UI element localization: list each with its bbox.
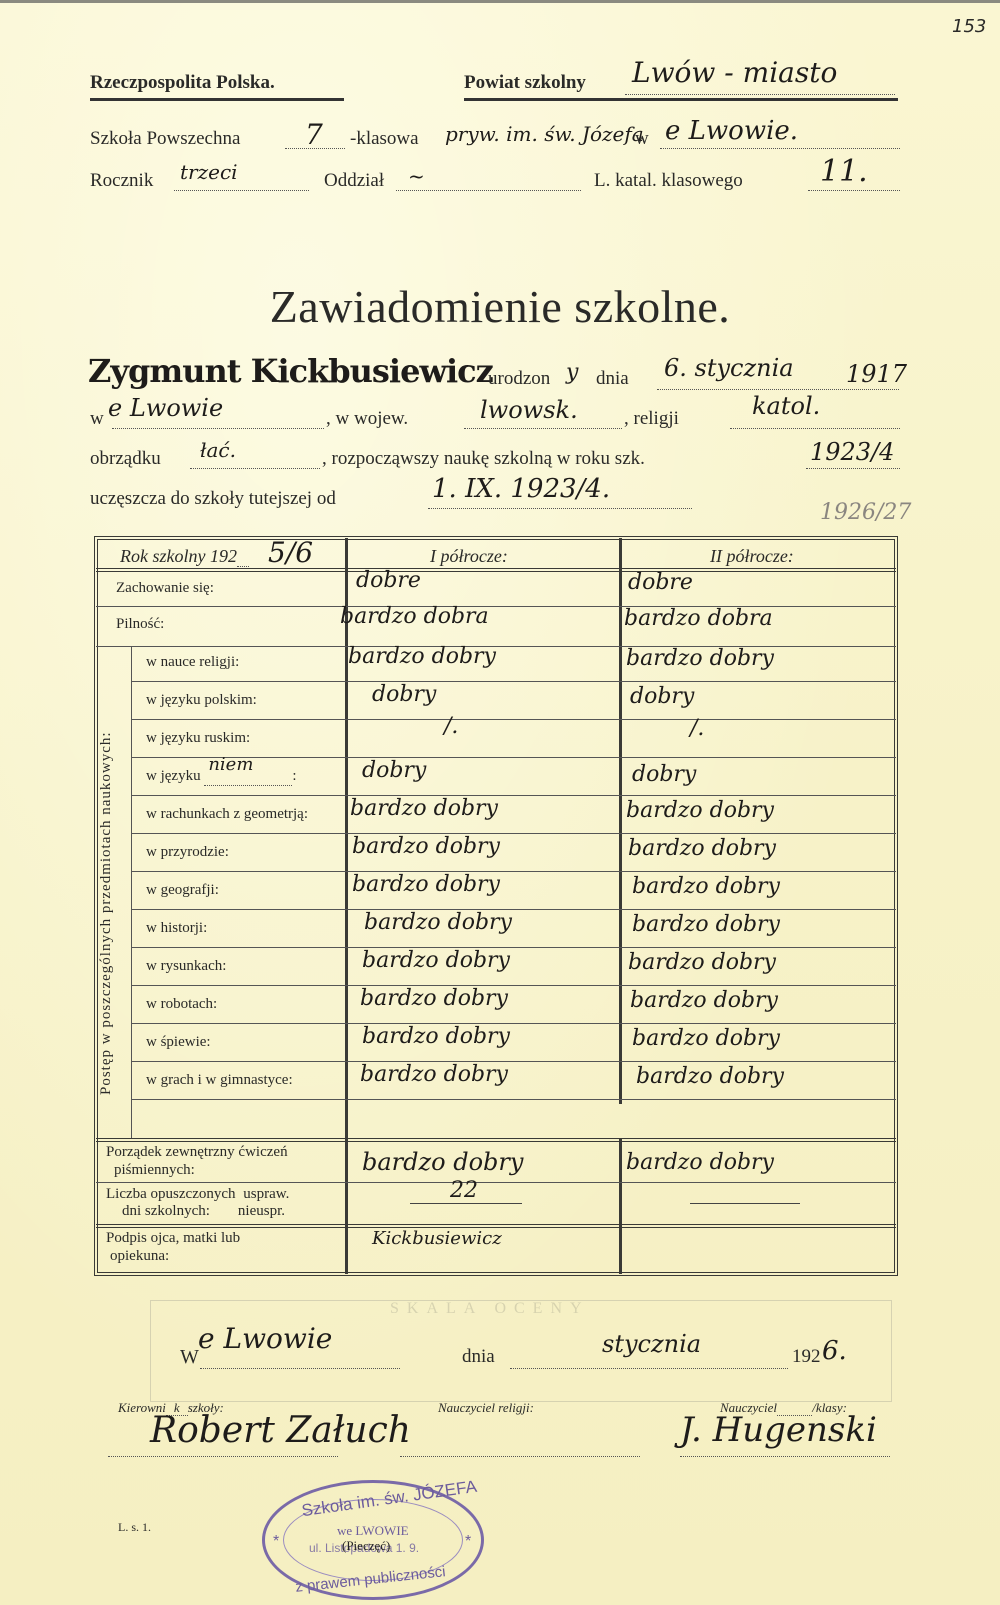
footer-year-printed: 192: [792, 1346, 821, 1368]
grade-geography-term-2: bardzo dobry: [632, 874, 780, 899]
row-rule: [96, 646, 896, 647]
rite-label: obrządku: [90, 448, 161, 470]
grade-polish-term-2: dobry: [630, 684, 694, 709]
birth-date: 6. stycznia: [664, 354, 794, 382]
rite-dots: [190, 468, 320, 469]
document-title: Zawiadomienie szkolne.: [0, 280, 1000, 333]
school-in-label: w: [635, 128, 649, 150]
absence-underline-1: [410, 1203, 522, 1204]
religion-teacher-signature-dots: [400, 1456, 640, 1457]
row-rule: [131, 947, 896, 948]
year-label: Rocznik: [90, 170, 153, 192]
school-year-label: Rok szkolny 192: [120, 546, 249, 567]
row-rule: [131, 1061, 896, 1062]
grade-diligence-term-2: bardzo dobra: [624, 606, 773, 631]
attends-label: uczęszcza do szkoły tutejszej od: [90, 488, 336, 510]
start-year-dots: [806, 468, 900, 469]
grade-neatness-term-2: bardzo dobry: [626, 1150, 774, 1175]
stamp-middle-text: we LWOWIE: [337, 1523, 409, 1539]
row-label-neatness-2: piśmiennych:: [114, 1162, 195, 1179]
grade-neatness-term-1: bardzo dobry: [362, 1148, 523, 1176]
start-label: , rozpocząwszy naukę szkolną w roku szk.: [322, 448, 645, 470]
row-label-diligence: Pilność:: [116, 616, 164, 633]
start-year: 1923/4: [810, 438, 894, 466]
state-name: Rzeczpospolita Polska.: [90, 72, 275, 94]
column-divider-2b: [619, 1138, 622, 1274]
grade-ruthenian-term-2: /.: [690, 716, 704, 741]
grade-drawing-term-2: bardzo dobry: [628, 950, 776, 975]
grade-handicraft-term-2: bardzo dobry: [630, 988, 778, 1013]
school-city-dots: [660, 148, 900, 149]
row-rule: [131, 1023, 896, 1024]
row-label-religion: w nauce religji:: [146, 654, 239, 671]
row-label-foreign-language: w języku niem :: [146, 768, 297, 786]
subjects-side-label: Postęp w poszczególnych przedmiotach nau…: [98, 731, 115, 1095]
row-rule: [131, 719, 896, 720]
grade-polish-term-1: dobry: [372, 682, 436, 707]
catalog-label: L. katal. klasowego: [594, 170, 743, 192]
seal-label: (Pieczęć): [342, 1538, 390, 1554]
row-rule: [131, 1099, 896, 1100]
row-label-geography: w geografji:: [146, 882, 219, 899]
school-city-value: e Lwowie.: [665, 116, 798, 146]
absence-underline-2: [690, 1203, 800, 1204]
row-rule: [131, 681, 896, 682]
row-label-ruthenian: w języku ruskim:: [146, 730, 250, 747]
row-label-conduct: Zachowanie się:: [116, 580, 214, 597]
grade-diligence-term-1: bardzo dobra: [340, 604, 489, 629]
religion-dots: [730, 428, 900, 429]
row-label-gymnastics: w grach i w gimnastyce:: [146, 1072, 293, 1089]
grade-handicraft-term-1: bardzo dobry: [360, 986, 508, 1011]
stamp-star-right: *: [465, 1533, 471, 1551]
column-divider-2: [619, 538, 622, 1104]
birth-year: 1917: [846, 360, 907, 388]
header-rule: [96, 568, 896, 572]
column-header-term-1: I półrocze:: [430, 546, 508, 567]
row-rule: [131, 795, 896, 796]
grade-ruthenian-term-1: /.: [444, 714, 458, 739]
grade-gymnastics-term-2: bardzo dobry: [636, 1064, 784, 1089]
born-suffix: y: [566, 360, 578, 385]
voivodeship-dots: [464, 428, 622, 429]
grade-drawing-term-1: bardzo dobry: [362, 948, 510, 973]
grade-foreign-language-term-1: dobry: [362, 758, 426, 783]
grade-arithmetic-term-2: bardzo dobry: [626, 798, 774, 823]
grade-geography-term-1: bardzo dobry: [352, 872, 500, 897]
attends-from: 1. IX. 1923/4.: [432, 474, 610, 504]
school-year-value: 5/6: [268, 536, 313, 569]
row-label-drawing: w rysunkach:: [146, 958, 226, 975]
row-label-handicraft: w robotach:: [146, 996, 217, 1013]
district-label: Powiat szkolny: [464, 72, 586, 94]
grade-arithmetic-term-1: bardzo dobry: [350, 796, 498, 821]
row-rule: [131, 985, 896, 986]
footer-date-dots: [510, 1368, 788, 1369]
grade-history-term-2: bardzo dobry: [632, 912, 780, 937]
row-label-history: w historji:: [146, 920, 207, 937]
attends-dots: [428, 508, 692, 509]
form-code: L. s. 1.: [118, 1520, 151, 1535]
district-underline: [464, 98, 898, 101]
footer-date-label: dnia: [462, 1346, 495, 1368]
school-label: Szkoła Powszechna: [90, 128, 240, 150]
student-name: Zygmunt Kickbusiewicz: [88, 352, 493, 390]
page-number: 153: [952, 16, 986, 37]
birth-place-label: w: [90, 408, 104, 430]
row-label-absences-2: dni szkolnych:nieuspr.: [122, 1203, 285, 1220]
absences-excused-term-1: 22: [450, 1178, 478, 1203]
catalog-dots: [808, 190, 900, 191]
catalog-value: 11.: [820, 154, 868, 189]
foreign-language-value: niem: [208, 754, 253, 775]
teacher-signature: J. Hugenski: [680, 1410, 877, 1450]
grade-conduct-term-1: dobre: [356, 568, 421, 593]
stamp-star-left: *: [273, 1533, 279, 1551]
margin-note: 1926/27: [820, 500, 911, 525]
grade-foreign-language-term-2: dobry: [632, 762, 696, 787]
religion-teacher-label: Nauczyciel religji:: [438, 1400, 534, 1416]
row-label-polish: w języku polskim:: [146, 692, 257, 709]
birth-place: e Lwowie: [108, 394, 223, 422]
division-label: Oddział: [324, 170, 384, 192]
grade-conduct-term-2: dobre: [628, 570, 693, 595]
page-edge: [0, 0, 1000, 3]
director-signature-dots: [108, 1456, 338, 1457]
division-dots: [396, 190, 581, 191]
division-value: ~: [408, 164, 425, 188]
parent-signature: Kickbusiewicz: [372, 1228, 502, 1249]
religion: katol.: [752, 392, 820, 420]
day-label: dnia: [596, 368, 629, 390]
state-underline: [90, 98, 344, 101]
district-value: Lwów - miasto: [632, 56, 837, 89]
subjects-bottom-rule: [96, 1138, 896, 1142]
grade-nature-term-2: bardzo dobry: [628, 836, 776, 861]
school-classes-value: 7: [305, 118, 323, 151]
footer-year-value: 6.: [822, 1336, 847, 1366]
school-type-label: -klasowa: [350, 128, 419, 150]
row-label-absences-1: Liczba opuszczonych uspraw.: [106, 1186, 289, 1203]
teacher-signature-dots: [680, 1456, 890, 1457]
year-value: trzeci: [180, 160, 238, 184]
director-signature: Robert Załuch: [150, 1410, 411, 1451]
row-rule: [131, 909, 896, 910]
row-label-nature: w przyrodzie:: [146, 844, 229, 861]
row-rule: [96, 606, 896, 607]
footer-place-label: W: [180, 1346, 199, 1369]
row-label-singing: w śpiewie:: [146, 1034, 211, 1051]
grade-singing-term-1: bardzo dobry: [362, 1024, 510, 1049]
grade-history-term-1: bardzo dobry: [364, 910, 512, 935]
row-rule: [131, 833, 896, 834]
row-label-parent-signature-1: Podpis ojca, matki lub: [106, 1230, 240, 1247]
row-label-neatness-1: Porządek zewnętrzny ćwiczeń: [106, 1144, 288, 1161]
column-header-term-2: II półrocze:: [710, 546, 794, 567]
grade-religion-term-1: bardzo dobry: [348, 644, 496, 669]
district-dots: [625, 94, 895, 95]
footer-date-value: stycznia: [602, 1330, 701, 1358]
birth-date-dots: [657, 389, 899, 390]
rite: łać.: [200, 438, 236, 462]
row-label-arithmetic: w rachunkach z geometrją:: [146, 806, 308, 823]
grade-nature-term-1: bardzo dobry: [352, 834, 500, 859]
grade-religion-term-2: bardzo dobry: [626, 646, 774, 671]
voivodeship: lwowsk.: [480, 396, 578, 424]
row-rule: [131, 871, 896, 872]
grade-singing-term-2: bardzo dobry: [632, 1026, 780, 1051]
row-label-parent-signature-2: opiekuna:: [110, 1248, 169, 1265]
religion-label: , religji: [624, 408, 679, 430]
school-name-value: pryw. im. św. Józefa: [445, 122, 644, 146]
footer-place-dots: [200, 1368, 400, 1369]
year-dots: [174, 190, 309, 191]
born-label: urodzon: [488, 368, 550, 390]
row-rule: [96, 1182, 896, 1183]
voivodeship-label: , w wojew.: [326, 408, 408, 430]
birth-place-dots: [112, 428, 324, 429]
footer-place-value: e Lwowie: [198, 1322, 332, 1355]
grade-gymnastics-term-1: bardzo dobry: [360, 1062, 508, 1087]
